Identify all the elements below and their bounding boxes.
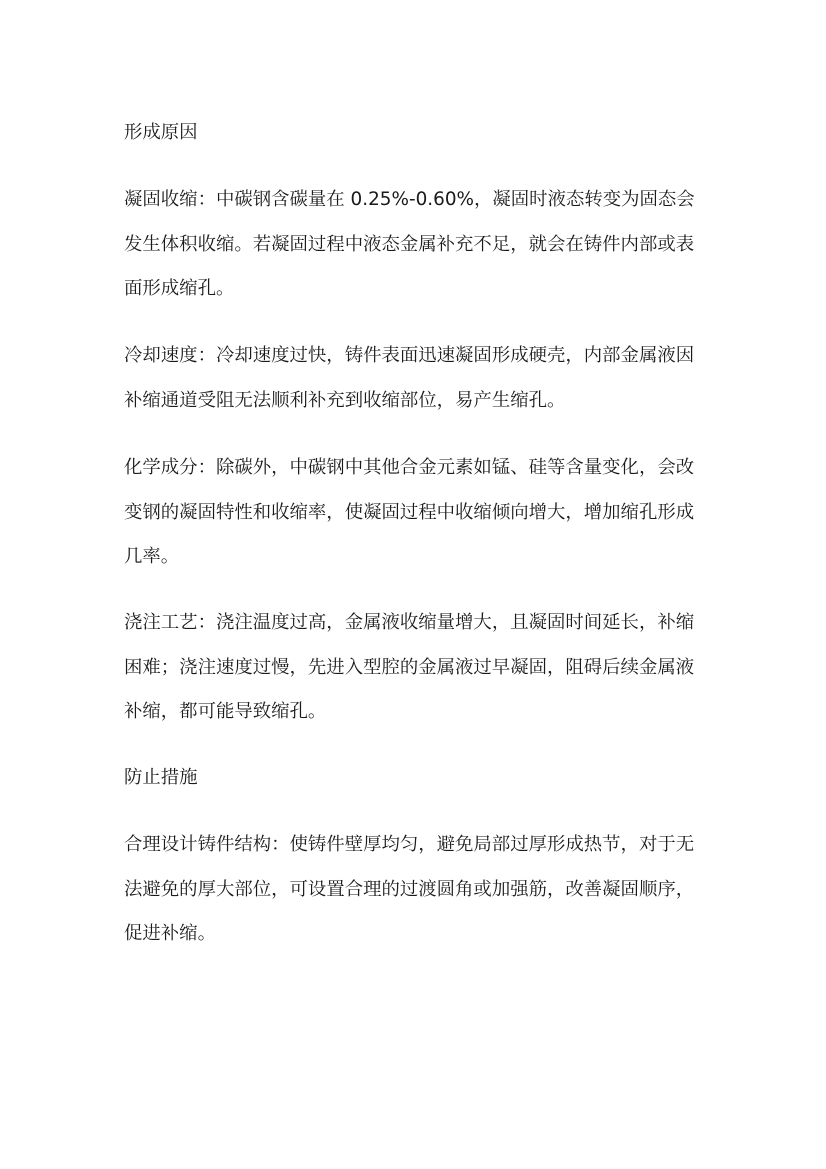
paragraph-solidification-shrinkage: 凝固收缩：中碳钢含碳量在 0.25%-0.60%，凝固时液态转变为固态会 发生体… [124, 178, 714, 312]
paragraph-casting-structure-design: 合理设计铸件结构：使铸件壁厚均匀，避免局部过厚形成热节，对于无 法避免的厚大部位… [124, 823, 714, 957]
paragraph-line: 变钢的凝固特性和收缩率，使凝固过程中收缩倾向增大，增加缩孔形成 [124, 491, 714, 536]
section-heading-causes: 形成原因 [124, 111, 714, 156]
paragraph-line: 凝固收缩：中碳钢含碳量在 0.25%-0.60%，凝固时液态转变为固态会 [124, 178, 714, 223]
paragraph-line: 浇注工艺：浇注温度过高，金属液收缩量增大，且凝固时间延长，补缩 [124, 601, 714, 646]
paragraph-line: 补缩，都可能导致缩孔。 [124, 690, 714, 735]
paragraph-line: 困难；浇注速度过慢，先进入型腔的金属液过早凝固，阻碍后续金属液 [124, 646, 714, 691]
heading-text: 防止措施 [124, 756, 714, 801]
paragraph-line: 几率。 [124, 535, 714, 580]
section-heading-prevention: 防止措施 [124, 756, 714, 801]
paragraph-line: 合理设计铸件结构：使铸件壁厚均匀，避免局部过厚形成热节，对于无 [124, 823, 714, 868]
paragraph-line: 法避免的厚大部位，可设置合理的过渡圆角或加强筋，改善凝固顺序， [124, 868, 714, 913]
paragraph-line: 化学成分：除碳外，中碳钢中其他合金元素如锰、硅等含量变化，会改 [124, 446, 714, 491]
paragraph-line: 面形成缩孔。 [124, 267, 714, 312]
paragraph-line: 促进补缩。 [124, 912, 714, 957]
paragraph-line: 补缩通道受阻无法顺利补充到收缩部位，易产生缩孔。 [124, 379, 714, 424]
paragraph-cooling-rate: 冷却速度：冷却速度过快，铸件表面迅速凝固形成硬壳，内部金属液因 补缩通道受阻无法… [124, 334, 714, 423]
heading-text: 形成原因 [124, 111, 714, 156]
paragraph-line: 冷却速度：冷却速度过快，铸件表面迅速凝固形成硬壳，内部金属液因 [124, 334, 714, 379]
paragraph-pouring-process: 浇注工艺：浇注温度过高，金属液收缩量增大，且凝固时间延长，补缩 困难；浇注速度过… [124, 601, 714, 735]
paragraph-chemical-composition: 化学成分：除碳外，中碳钢中其他合金元素如锰、硅等含量变化，会改 变钢的凝固特性和… [124, 446, 714, 580]
paragraph-line: 发生体积收缩。若凝固过程中液态金属补充不足，就会在铸件内部或表 [124, 223, 714, 268]
